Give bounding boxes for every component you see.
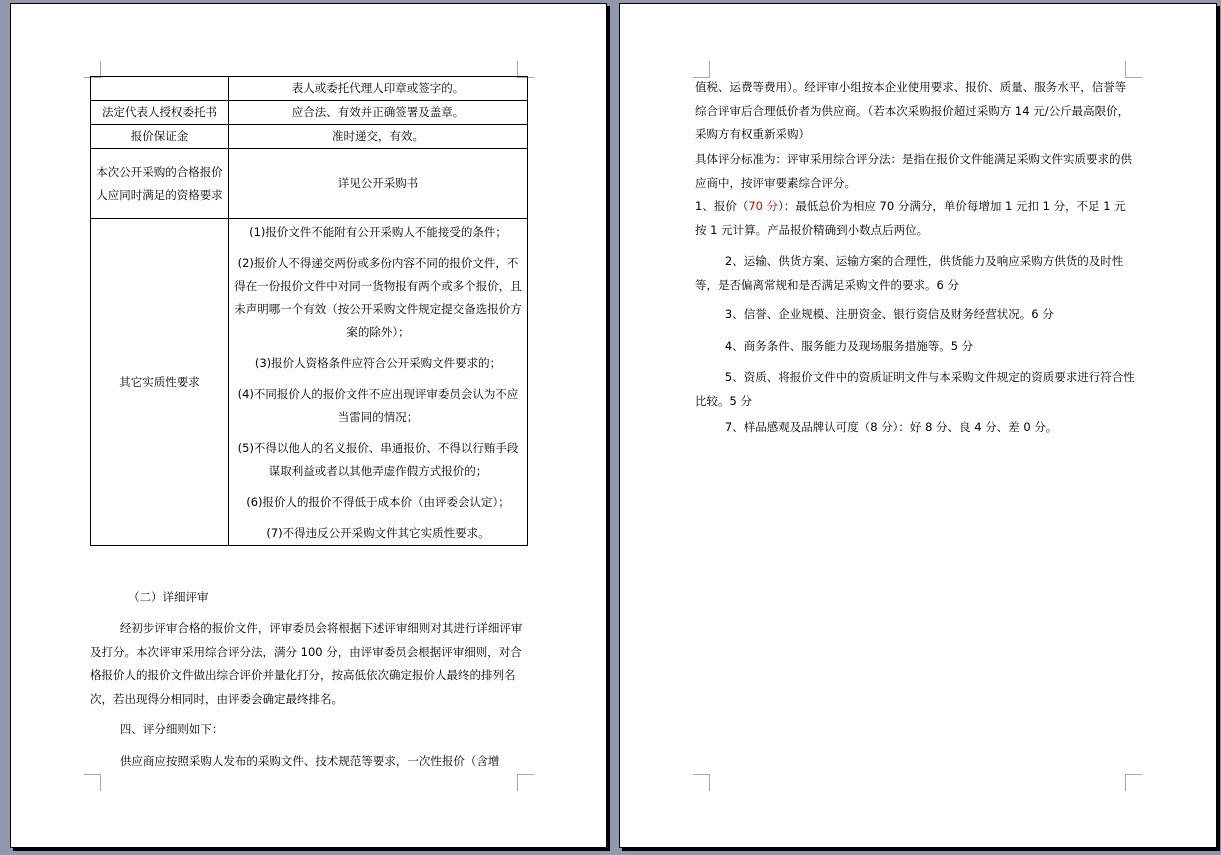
document-page-1: 表人或委托代理人印章或签字的。 法定代表人授权委托书 应合法、有效并正确签署及盖… (10, 3, 607, 848)
table-cell-label: 法定代表人授权委托书 (91, 101, 229, 125)
requirement-item: (1)报价文件不能附有公开采购人不能接受的条件； (232, 221, 524, 244)
scoring-item-2: 2、运输、供货方案、运输方案的合理性，供货能力及响应采购方供货的及时性等，是否偏… (695, 250, 1135, 297)
table-cell-requirements: (1)报价文件不能附有公开采购人不能接受的条件； (2)报价人不得递交两份或多份… (229, 219, 528, 546)
scoring-item-7: 7、样品感观及品牌认可度（8 分）：好 8 分、良 4 分、差 0 分。 (695, 416, 1135, 440)
table-cell-label: 其它实质性要求 (91, 219, 229, 546)
table-row: 本次公开采购的合格报价人应同时满足的资格要求 详见公开采购书 (91, 149, 528, 219)
margin-mark-bottom-right (517, 774, 534, 791)
table-cell-value: 准时递交，有效。 (229, 125, 528, 149)
requirement-item: (2)报价人不得递交两份或多份内容不同的报价文件，不得在一份报价文件中对同一货物… (232, 252, 524, 344)
table-cell-label (91, 77, 229, 101)
table-cell-value: 应合法、有效并正确签署及盖章。 (229, 101, 528, 125)
paragraph-supplier: 供应商应按照采购人发布的采购文件、技术规范等要求，一次性报价（含增 (90, 750, 528, 774)
table-cell-label: 报价保证金 (91, 125, 229, 149)
scoring-item-5: 5、资质、将报价文件中的资质证明文件与本采购文件规定的资质要求进行符合性比较。5… (695, 366, 1135, 413)
paragraph-scoring-standard: 具体评分标准为：评审采用综合评分法：是指在报价文件能满足采购文件实质要求的供应商… (695, 148, 1135, 195)
margin-mark-bottom-left (84, 774, 101, 791)
requirements-table: 表人或委托代理人印章或签字的。 法定代表人授权委托书 应合法、有效并正确签署及盖… (90, 76, 528, 546)
margin-mark-bottom-left (693, 774, 710, 791)
table-cell-label: 本次公开采购的合格报价人应同时满足的资格要求 (91, 149, 229, 219)
table-row: 报价保证金 准时递交，有效。 (91, 125, 528, 149)
section-heading-detailed-review: （二）详细评审 (90, 586, 566, 610)
table-row-other-requirements: 其它实质性要求 (1)报价文件不能附有公开采购人不能接受的条件； (2)报价人不… (91, 219, 528, 546)
paragraph-continued: 值税、运费等费用）。经评审小组按本企业使用要求、报价、质量、服务水平，信誉等综合… (695, 76, 1135, 147)
scoring-item-4: 4、商务条件、服务能力及现场服务措施等。5 分 (695, 335, 1135, 359)
scoring-item-1: 1、报价（70 分）：最低总价为相应 70 分满分，单价每增加 1 元扣 1 分… (695, 195, 1135, 242)
scoring-item-3: 3、信誉、企业规模、注册资金、银行资信及财务经营状况。6 分 (695, 303, 1135, 327)
table-row: 法定代表人授权委托书 应合法、有效并正确签署及盖章。 (91, 101, 528, 125)
requirement-item: (3)报价人资格条件应符合公开采购文件要求的； (232, 352, 524, 375)
table-row: 表人或委托代理人印章或签字的。 (91, 77, 528, 101)
document-page-2: 值税、运费等费用）。经评审小组按本企业使用要求、报价、质量、服务水平，信誉等综合… (619, 3, 1217, 848)
item-1-score-highlight: 70 分 (748, 199, 778, 213)
section-heading-scoring-rules: 四、评分细则如下： (90, 718, 528, 742)
table-cell-value: 详见公开采购书 (229, 149, 528, 219)
margin-mark-bottom-right (1125, 774, 1142, 791)
requirement-item: (4)不同报价人的报价文件不应出现评审委员会认为不应当雷同的情况； (232, 383, 524, 429)
paragraph-detailed-review: 经初步评审合格的报价文件，评审委员会将根据下述评审细则对其进行详细评审及打分。本… (90, 617, 528, 711)
item-1-prefix: 1、报价（ (695, 199, 748, 213)
requirement-item: (5)不得以他人的名义报价、串通报价、不得以行贿手段谋取利益或者以其他弄虚作假方… (232, 437, 524, 483)
requirement-item: (7)不得违反公开采购文件其它实质性要求。 (232, 522, 524, 545)
table-cell-value: 表人或委托代理人印章或签字的。 (229, 77, 528, 101)
requirement-item: (6)报价人的报价不得低于成本价（由评委会认定）； (232, 491, 524, 514)
